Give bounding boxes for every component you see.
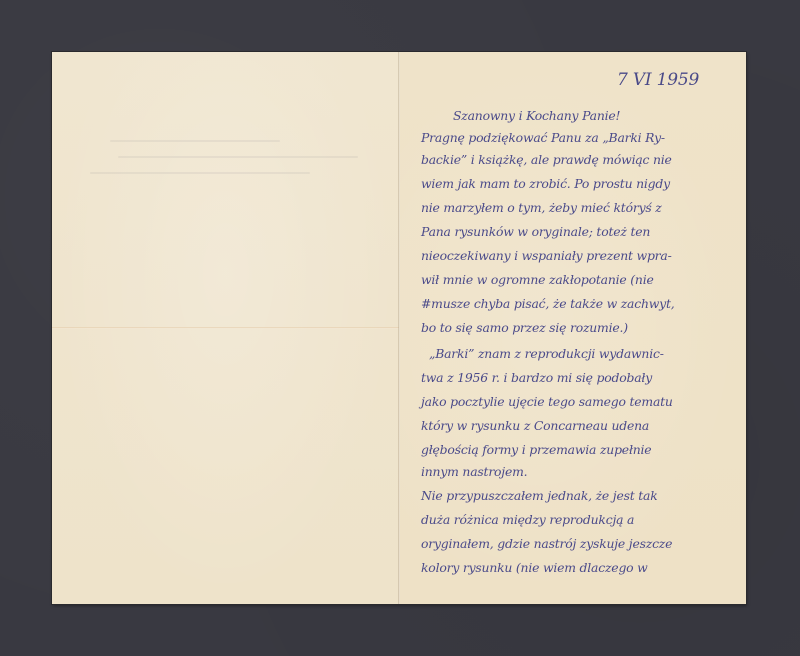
letter-line: nie marzyłem o tym, żeby mieć któryś z xyxy=(421,202,662,214)
show-through-mark xyxy=(118,156,358,158)
letter-date: 7 VI 1959 xyxy=(617,70,699,90)
left-page xyxy=(52,52,399,604)
letter-line: twa z 1956 r. i bardzo mi się podobały xyxy=(421,372,652,384)
letter-line: oryginałem, gdzie nastrój zyskuje jeszcz… xyxy=(421,538,672,550)
letter-line: Pana rysunków w oryginale; toteż ten xyxy=(421,226,650,238)
horizontal-fold-crease xyxy=(52,327,399,329)
show-through-mark xyxy=(110,140,280,142)
letter-line: wiem jak mam to zrobić. Po prostu nigdy xyxy=(421,178,670,190)
letter-line: który w rysunku z Concarneau udena xyxy=(421,420,649,432)
letter-line: backie” i książkę, ale prawdę mówiąc nie xyxy=(421,154,672,166)
salutation: Szanowny i Kochany Panie! xyxy=(453,110,620,122)
letter-line: #musze chyba pisać, że także w zachwyt, xyxy=(421,298,674,310)
letter-sheet: 7 VI 1959 Szanowny i Kochany Panie! Prag… xyxy=(52,52,746,604)
letter-line: nieoczekiwany i wspaniały prezent wpra- xyxy=(421,250,672,262)
right-page: 7 VI 1959 Szanowny i Kochany Panie! Prag… xyxy=(399,52,746,604)
letter-line: bo to się samo przez się rozumie.) xyxy=(421,322,628,334)
letter-line: jako pocztylie ujęcie tego samego tematu xyxy=(421,396,673,408)
center-fold-crease xyxy=(398,52,400,604)
letter-line: innym nastrojem. xyxy=(421,466,527,478)
letter-line: duża różnica między reprodukcją a xyxy=(421,514,634,526)
letter-line: kolory rysunku (nie wiem dlaczego w xyxy=(421,562,648,574)
letter-line: Pragnę podziękować Panu za „Barki Ry- xyxy=(421,132,665,144)
letter-line: wił mnie w ogromne zakłopotanie (nie xyxy=(421,274,654,286)
letter-line: Nie przypuszczałem jednak, że jest tak xyxy=(421,490,658,502)
letter-line: głębością formy i przemawia zupełnie xyxy=(421,444,651,456)
letter-line: „Barki” znam z reprodukcji wydawnic- xyxy=(421,348,664,360)
show-through-mark xyxy=(90,172,310,174)
